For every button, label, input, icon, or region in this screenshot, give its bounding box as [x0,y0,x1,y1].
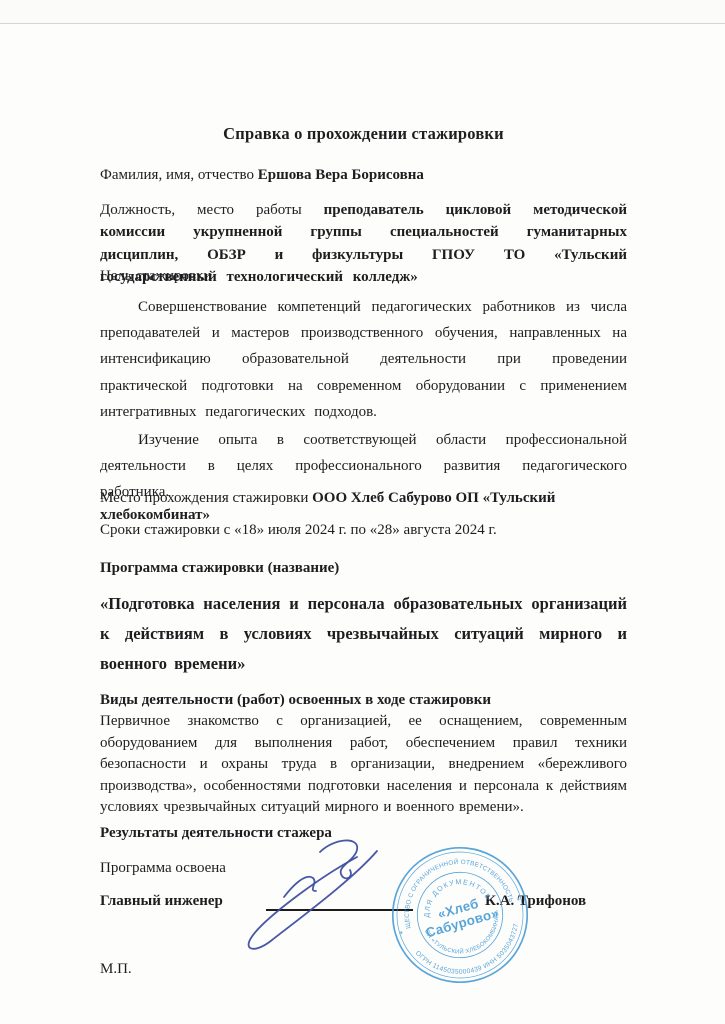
program-title: «Подготовка населения и персонала образо… [100,589,627,679]
stamp-place-mark: М.П. [100,961,627,978]
program-heading: Программа стажировки (название) [100,560,627,577]
document-title: Справка о прохождении стажировки [100,124,627,144]
dates-line: Сроки стажировки с «18» июля 2024 г. по … [100,522,627,539]
stamp-inner-bottom-text: ОП «ТУЛЬСКИЙ ХЛЕБОКОМБИНАТ» [423,908,510,965]
position-label: Должность, место работы [100,202,302,218]
stamp-inner-ring [407,862,513,968]
activities-paragraph: Первичное знакомство с организацией, ее … [100,711,627,819]
fio-line: Фамилия, имя, отчество Ершова Вера Борис… [100,167,627,184]
place-label: Место прохождения стажировки [100,490,308,506]
fio-value: Ершова Вера Борисовна [258,167,424,183]
scan-edge-artifact [0,0,725,24]
document-page: Справка о прохождении стажировки Фамилия… [0,0,725,1024]
goal-heading: Цель стажировки [100,268,627,285]
results-heading: Результаты деятельности стажера [100,825,627,842]
stamp-center-line2: Сабурово» [424,905,501,940]
goal-paragraph-1: Совершенствование компетенций педагогиче… [100,294,627,425]
fio-label: Фамилия, имя, отчество [100,167,254,183]
place-line: Место прохождения стажировки ООО Хлеб Са… [100,490,627,524]
activities-heading: Виды деятельности (работ) освоенных в хо… [100,692,627,709]
signer-name: К.А. Трифонов [485,893,627,910]
stamp-star-left-icon: ✶ [398,929,405,937]
program-status: Программа освоена [100,860,627,877]
signature-line [266,909,413,911]
stamp-outer-top-text: ОБЩЕСТВО С ОГРАНИЧЕННОЙ ОТВЕТСТВЕННОСТЬЮ [373,828,514,937]
stamp-outer-bottom-text: ОГРН 1145035000439 ИНН 5035043727 [413,921,530,989]
